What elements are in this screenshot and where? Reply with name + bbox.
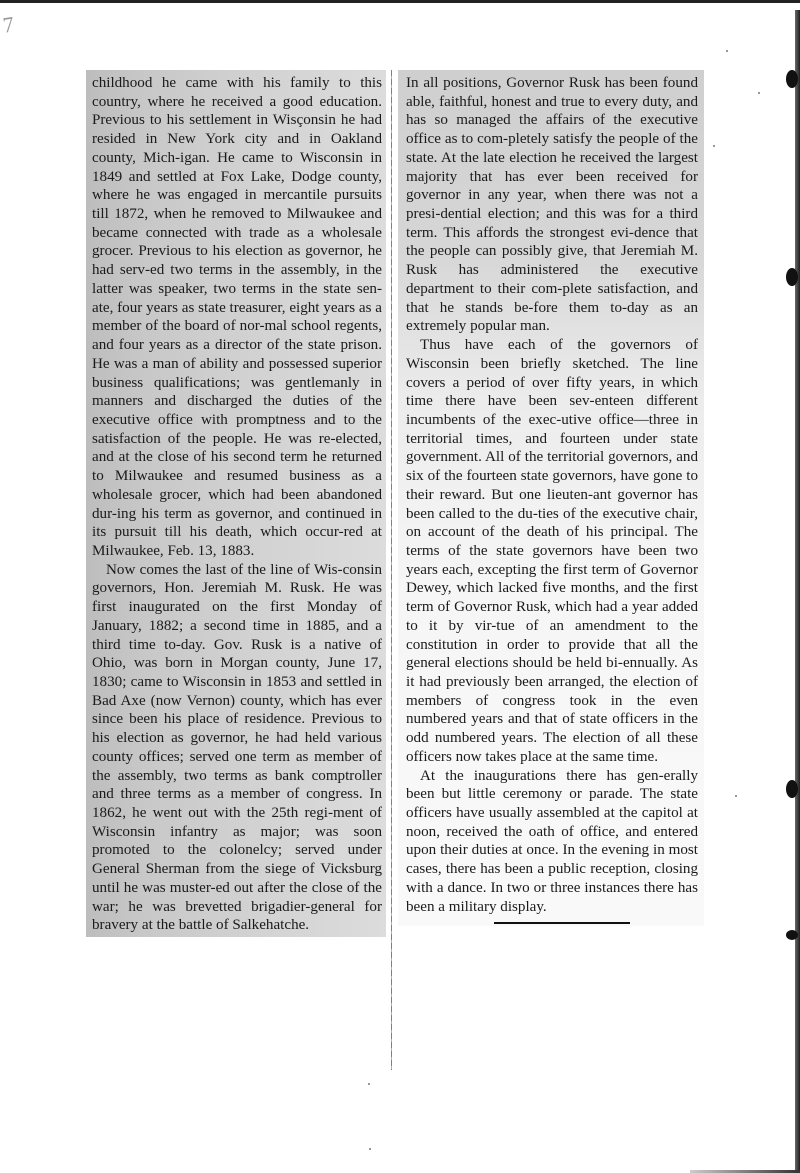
scan-speck: [368, 1083, 370, 1085]
binding-ink-blot: [786, 70, 798, 88]
binding-ink-blot: [786, 780, 798, 798]
scan-top-edge: [0, 0, 800, 3]
article-end-rule: [494, 922, 630, 924]
column-divider: [391, 70, 392, 1070]
scan-speck: [713, 145, 715, 147]
binding-ink-blot: [786, 930, 798, 940]
scan-speck: [369, 1148, 371, 1150]
paragraph: In all positions, Governor Rusk has been…: [406, 74, 698, 336]
scan-speck: [726, 50, 728, 52]
corner-page-mark: 7: [1, 11, 16, 38]
binding-ink-blot: [786, 268, 798, 286]
paragraph: Thus have each of the governors of Wisco…: [406, 336, 698, 767]
paragraph: Now comes the last of the line of Wis-co…: [92, 561, 382, 935]
page-binding-edge: [795, 10, 800, 1173]
scan-speck: [735, 795, 737, 797]
right-text-column: In all positions, Governor Rusk has been…: [398, 70, 704, 926]
scan-speck: [758, 92, 760, 94]
paragraph: childhood he came with his family to thi…: [92, 74, 382, 561]
left-text-column: childhood he came with his family to thi…: [86, 70, 386, 937]
paragraph: At the inaugurations there has gen-erall…: [406, 767, 698, 917]
